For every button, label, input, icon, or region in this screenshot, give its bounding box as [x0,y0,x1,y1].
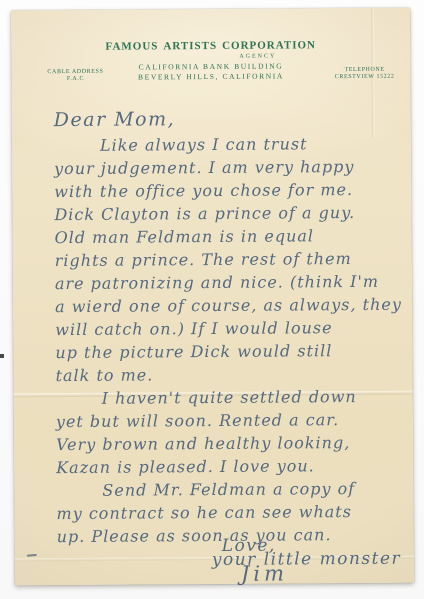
scan-background: Famous Artists Corporation AGENCY CALIFO… [0,0,424,599]
letter-body: Dear Mom, Like always I can trust your j… [54,104,406,548]
letter-line: a wierd one of course, as always, they [55,293,404,318]
telephone-value: CRESTVIEW 15222 [335,74,395,81]
signature: Jim [241,561,288,585]
cable-address-value: F.A.C [47,76,103,83]
letter-line: I haven't quite settled down [56,385,405,410]
letter-line: yet but will soon. Rented a car. [56,408,405,433]
letter-line: Old man Feldman is in equal [55,224,404,249]
letter-line: rights a prince. The rest of them [55,247,404,272]
letter-line: my contract so he can see whats [56,500,405,525]
letter-line: with the office you chose for me. [54,178,403,203]
letter-line: Dick Clayton is a prince of a guy. [54,201,403,226]
letter-line: Kazan is pleased. I love you. [56,454,405,479]
scanner-edge-mark [0,354,4,358]
letter-line: your judgement. I am very happy [54,155,403,180]
telephone-block: TELEPHONE CRESTVIEW 15222 [335,67,395,81]
salutation: Dear Mom, [54,104,403,134]
stray-ink-mark [27,554,37,557]
letter-line: Like always I can trust [54,132,403,157]
letter-line: Very brown and healthy looking, [56,431,405,456]
letter-paper: Famous Artists Corporation AGENCY CALIFO… [11,8,414,586]
cable-address-block: CABLE ADDRESS F.A.C [47,69,103,83]
letter-line: are patronizing and nice. (think I'm [55,270,404,295]
letter-line: talk to me. [55,362,404,387]
letter-line: up the picture Dick would still [55,339,404,364]
letter-line: Send Mr. Feldman a copy of [56,477,405,502]
letter-line: will catch on.) If I would louse [55,316,404,341]
